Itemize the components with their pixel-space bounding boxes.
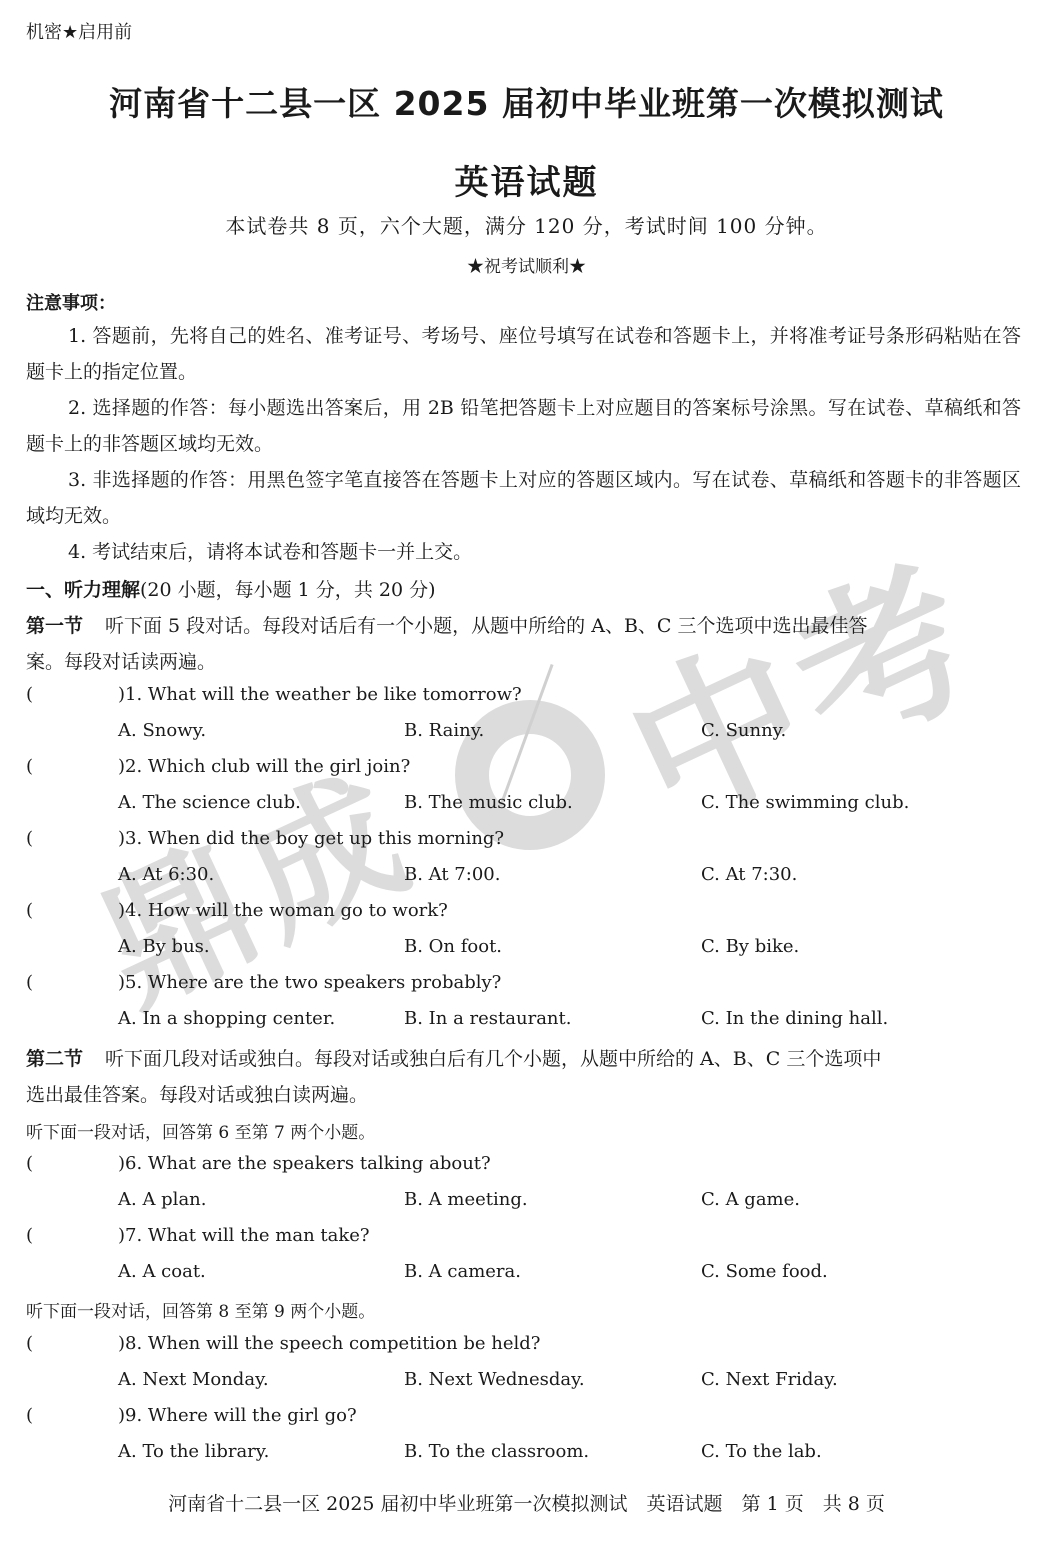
note-item-4: 4. 考试结束后，请将本试卷和答题卡一并上交。	[26, 534, 1021, 570]
option-a: A. At 6:30.	[118, 864, 214, 885]
question-4: ()4. How will the woman go to work?	[26, 900, 448, 921]
section2-instruction: 第二节听下面几段对话或独白。每段对话或独白后有几个小题，从题中所给的 A、B、C…	[26, 1044, 881, 1071]
option-b: B. To the classroom.	[404, 1441, 589, 1462]
option-c: C. A game.	[701, 1189, 800, 1210]
part1-score-note: (20 小题，每小题 1 分，共 20 分)	[140, 579, 435, 601]
answer-blank[interactable]: (	[26, 828, 118, 849]
option-a: A. The science club.	[118, 792, 301, 813]
option-b: B. Rainy.	[404, 720, 484, 741]
question-text: )6. What are the speakers talking about?	[118, 1153, 491, 1174]
group2-instruction: 听下面一段对话，回答第 8 至第 9 两个小题。	[26, 1297, 375, 1322]
answer-blank[interactable]: (	[26, 900, 118, 921]
question-text: )8. When will the speech competition be …	[118, 1333, 540, 1354]
option-a: A. By bus.	[118, 936, 210, 957]
subject-title: 英语试题	[0, 155, 1053, 204]
question-9: ()9. Where will the girl go?	[26, 1405, 357, 1426]
question-text: )4. How will the woman go to work?	[118, 900, 448, 921]
answer-blank[interactable]: (	[26, 1225, 118, 1246]
question-text: )2. Which club will the girl join?	[118, 756, 410, 777]
option-c: C. By bike.	[701, 936, 799, 957]
good-luck-wish: ★祝考试顺利★	[0, 252, 1053, 277]
option-c: C. Next Friday.	[701, 1369, 838, 1390]
question-8: ()8. When will the speech competition be…	[26, 1333, 540, 1354]
option-a: A. A plan.	[118, 1189, 207, 1210]
section1-label: 第一节	[26, 615, 83, 637]
option-a: A. Snowy.	[118, 720, 206, 741]
option-b: B. In a restaurant.	[404, 1008, 571, 1029]
question-text: )7. What will the man take?	[118, 1225, 370, 1246]
note-item-3: 3. 非选择题的作答：用黑色签字笔直接答在答题卡上对应的答题区域内。写在试卷、草…	[26, 462, 1021, 534]
answer-blank[interactable]: (	[26, 684, 118, 705]
note-item-2: 2. 选择题的作答：每小题选出答案后，用 2B 铅笔把答题卡上对应题目的答案标号…	[26, 390, 1021, 462]
question-3: ()3. When did the boy get up this mornin…	[26, 828, 504, 849]
option-c: C. At 7:30.	[701, 864, 797, 885]
option-c: C. Sunny.	[701, 720, 786, 741]
exam-page: 机密★启用前 河南省十二县一区 2025 届初中毕业班第一次模拟测试 英语试题 …	[0, 0, 1053, 1546]
question-1: ()1. What will the weather be like tomor…	[26, 684, 522, 705]
question-5: ()5. Where are the two speakers probably…	[26, 972, 501, 993]
question-2: ()2. Which club will the girl join?	[26, 756, 410, 777]
section2-instruction-line1: 听下面几段对话或独白。每段对话或独白后有几个小题，从题中所给的 A、B、C 三个…	[105, 1048, 881, 1070]
section2-label: 第二节	[26, 1048, 83, 1070]
section1-instruction: 第一节听下面 5 段对话。每段对话后有一个小题，从题中所给的 A、B、C 三个选…	[26, 611, 868, 638]
option-b: B. Next Wednesday.	[404, 1369, 585, 1390]
exam-description: 本试卷共 8 页，六个大题，满分 120 分，考试时间 100 分钟。	[0, 210, 1053, 239]
option-b: B. At 7:00.	[404, 864, 500, 885]
question-text: )5. Where are the two speakers probably?	[118, 972, 501, 993]
question-6: ()6. What are the speakers talking about…	[26, 1153, 491, 1174]
option-b: B. The music club.	[404, 792, 573, 813]
option-a: A. Next Monday.	[118, 1369, 269, 1390]
answer-blank[interactable]: (	[26, 1333, 118, 1354]
answer-blank[interactable]: (	[26, 972, 118, 993]
note-item-1: 1. 答题前，先将自己的姓名、准考证号、考场号、座位号填写在试卷和答题卡上，并将…	[26, 318, 1021, 390]
answer-blank[interactable]: (	[26, 1405, 118, 1426]
question-7: ()7. What will the man take?	[26, 1225, 370, 1246]
confidential-label: 机密★启用前	[26, 18, 132, 44]
option-a: A. A coat.	[118, 1261, 206, 1282]
answer-blank[interactable]: (	[26, 1153, 118, 1174]
part1-heading: 一、听力理解(20 小题，每小题 1 分，共 20 分)	[26, 575, 435, 602]
option-c: C. The swimming club.	[701, 792, 909, 813]
question-text: )9. Where will the girl go?	[118, 1405, 357, 1426]
answer-blank[interactable]: (	[26, 756, 118, 777]
section2-instruction-line2: 选出最佳答案。每段对话或独白读两遍。	[26, 1080, 368, 1107]
page-footer: 河南省十二县一区 2025 届初中毕业班第一次模拟测试 英语试题 第 1 页 共…	[0, 1489, 1053, 1516]
question-text: )3. When did the boy get up this morning…	[118, 828, 504, 849]
section1-instruction-line2: 案。每段对话读两遍。	[26, 647, 216, 674]
option-c: C. In the dining hall.	[701, 1008, 888, 1029]
option-a: A. To the library.	[118, 1441, 269, 1462]
option-b: B. A meeting.	[404, 1189, 528, 1210]
group1-instruction: 听下面一段对话，回答第 6 至第 7 两个小题。	[26, 1118, 375, 1143]
option-a: A. In a shopping center.	[118, 1008, 335, 1029]
option-b: B. On foot.	[404, 936, 502, 957]
option-c: C. To the lab.	[701, 1441, 822, 1462]
option-b: B. A camera.	[404, 1261, 521, 1282]
section1-instruction-line1: 听下面 5 段对话。每段对话后有一个小题，从题中所给的 A、B、C 三个选项中选…	[105, 615, 867, 637]
exam-title: 河南省十二县一区 2025 届初中毕业班第一次模拟测试	[0, 78, 1053, 125]
notes-heading: 注意事项：	[26, 289, 116, 315]
question-text: )1. What will the weather be like tomorr…	[118, 684, 522, 705]
part1-title: 一、听力理解	[26, 579, 140, 601]
option-c: C. Some food.	[701, 1261, 828, 1282]
